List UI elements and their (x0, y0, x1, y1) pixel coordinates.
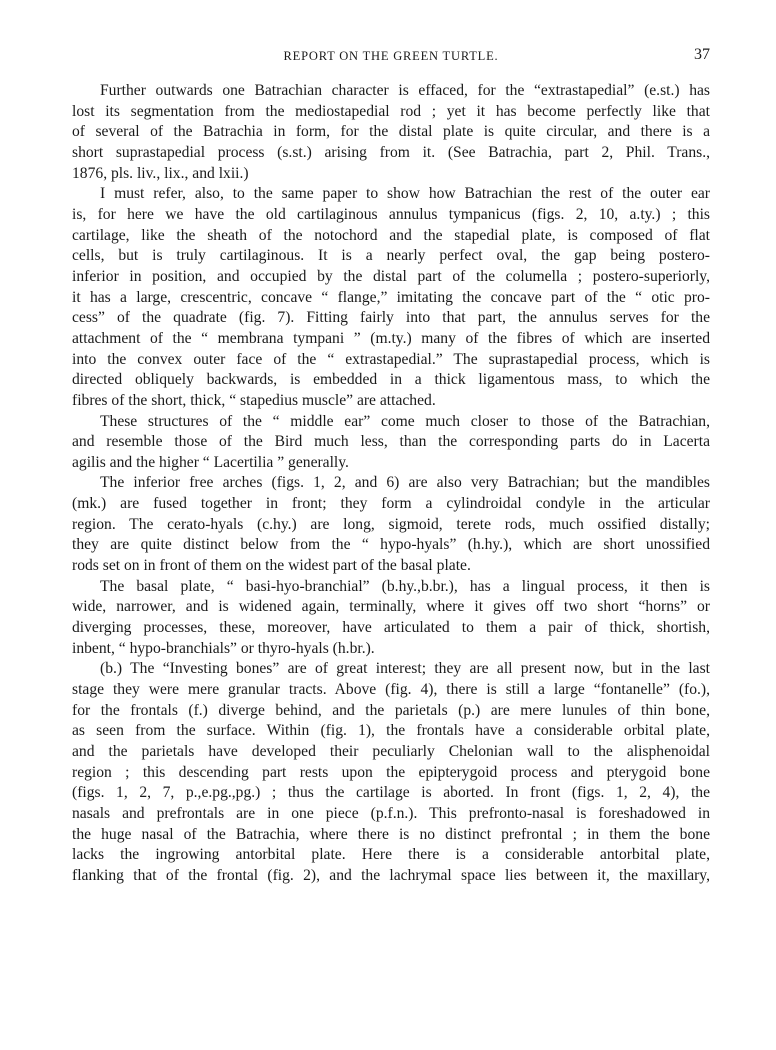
text-line: cartilage, like the sheath of the notoch… (72, 226, 710, 247)
text-line: the huge nasal of the Batrachia, where t… (72, 825, 710, 846)
paragraph-basal-plate: The basal plate, “ basi-hyo-branchial” (… (72, 577, 710, 660)
text-line: I must refer, also, to the same paper to… (72, 184, 710, 205)
text-line: attachment of the “ membrana tympani ” (… (72, 329, 710, 350)
body-text: Further outwards one Batrachian characte… (72, 81, 710, 887)
paragraph-outer-ear: I must refer, also, to the same paper to… (72, 184, 710, 411)
text-line: cells, but is truly cartilaginous. It is… (72, 246, 710, 267)
text-line: is, for here we have the old cartilagino… (72, 205, 710, 226)
text-line: agilis and the higher “ Lacertilia ” gen… (72, 453, 710, 474)
text-line: These structures of the “ middle ear” co… (72, 412, 710, 433)
text-line: they are quite distinct below from the “… (72, 535, 710, 556)
text-line: (figs. 1, 2, 7, p.,e.pg.,pg.) ; thus the… (72, 783, 710, 804)
text-line: it has a large, crescentric, concave “ f… (72, 288, 710, 309)
page-header: REPORT ON THE GREEN TURTLE. 37 (72, 46, 710, 68)
text-line: rods set on in front of them on the wide… (72, 556, 710, 577)
text-line: lost its segmentation from the mediostap… (72, 102, 710, 123)
text-line: The basal plate, “ basi-hyo-branchial” (… (72, 577, 710, 598)
text-line: region ; this descending part rests upon… (72, 763, 710, 784)
running-title: REPORT ON THE GREEN TURTLE. (72, 49, 710, 64)
text-line: inbent, “ hypo-branchials” or thyro-hyal… (72, 639, 710, 660)
text-line: diverging processes, these, moreover, ha… (72, 618, 710, 639)
text-line: for the frontals (f.) diverge behind, an… (72, 701, 710, 722)
paragraph-middle-ear: These structures of the “ middle ear” co… (72, 412, 710, 474)
text-line: region. The cerato-hyals (c.hy.) are lon… (72, 515, 710, 536)
text-line: (b.) The “Investing bones” are of great … (72, 659, 710, 680)
text-line: directed obliquely backwards, is embedde… (72, 370, 710, 391)
text-line: and the parietals have developed their p… (72, 742, 710, 763)
text-line: lacks the ingrowing antorbital plate. He… (72, 845, 710, 866)
paragraph-investing-bones: (b.) The “Investing bones” are of great … (72, 659, 710, 886)
text-line: cess” of the quadrate (fig. 7). Fitting … (72, 308, 710, 329)
text-line: nasals and prefrontals are in one piece … (72, 804, 710, 825)
page-number: 37 (694, 46, 710, 64)
text-line: as seen from the surface. Within (fig. 1… (72, 721, 710, 742)
text-line: inferior in position, and occupied by th… (72, 267, 710, 288)
text-line: flanking that of the frontal (fig. 2), a… (72, 866, 710, 887)
text-line: fibres of the short, thick, “ stapedius … (72, 391, 710, 412)
text-line: Further outwards one Batrachian characte… (72, 81, 710, 102)
text-line: short suprastapedial process (s.st.) ari… (72, 143, 710, 164)
text-line: 1876, pls. liv., lix., and lxii.) (72, 164, 710, 185)
text-line: of several of the Batrachia in form, for… (72, 122, 710, 143)
text-line: into the convex outer face of the “ extr… (72, 350, 710, 371)
text-line: and resemble those of the Bird much less… (72, 432, 710, 453)
text-line: The inferior free arches (figs. 1, 2, an… (72, 473, 710, 494)
text-line: (mk.) are fused together in front; they … (72, 494, 710, 515)
text-line: wide, narrower, and is widened again, te… (72, 597, 710, 618)
paragraph-extrastapedial: Further outwards one Batrachian characte… (72, 81, 710, 184)
paragraph-inferior-arches: The inferior free arches (figs. 1, 2, an… (72, 473, 710, 576)
text-line: stage they were mere granular tracts. Ab… (72, 680, 710, 701)
